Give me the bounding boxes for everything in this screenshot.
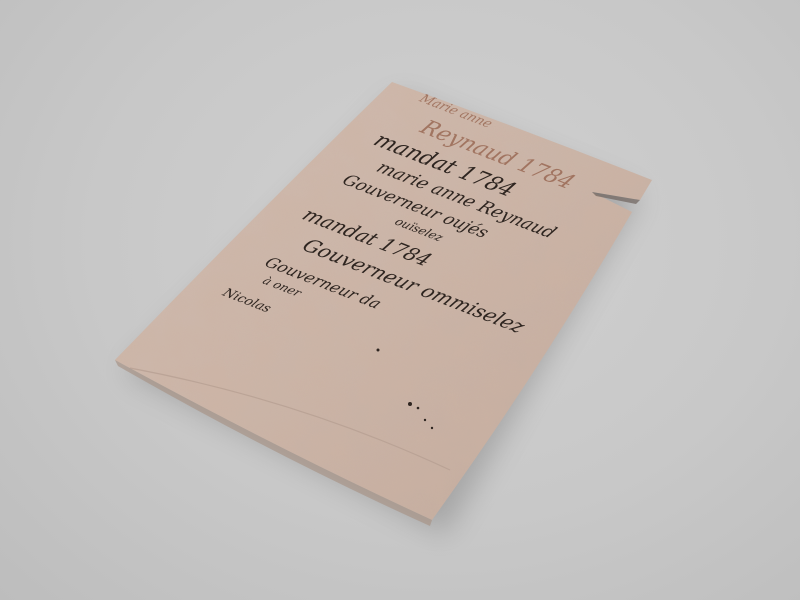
document-scene: Marie anne Reynaud 1784 mandat 1784 mari… <box>0 0 800 600</box>
